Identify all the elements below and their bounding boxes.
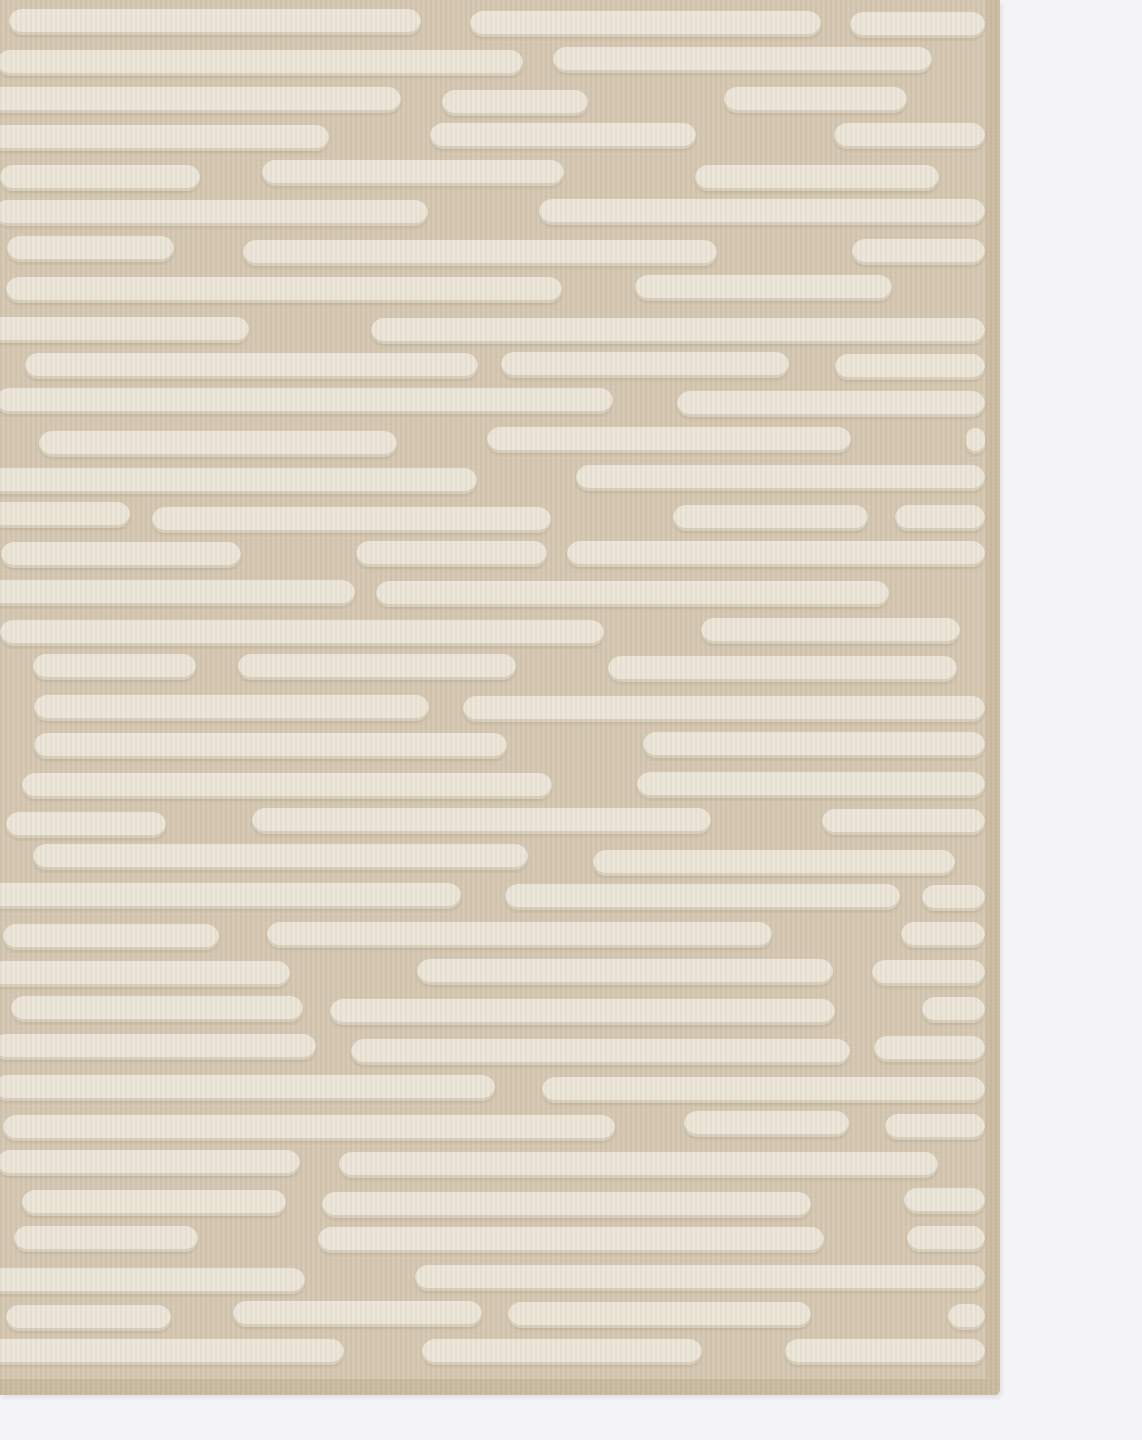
pile-stripe bbox=[318, 1227, 824, 1253]
pile-stripe bbox=[874, 1036, 985, 1062]
pile-stripe bbox=[505, 884, 899, 910]
pile-stripe bbox=[0, 50, 523, 76]
pile-stripe bbox=[608, 656, 957, 682]
pile-stripe bbox=[0, 317, 249, 343]
pile-stripe bbox=[14, 1226, 198, 1252]
pile-stripe bbox=[442, 90, 588, 116]
pile-stripe bbox=[673, 505, 869, 531]
pile-stripe bbox=[922, 885, 985, 911]
pile-stripe bbox=[22, 773, 551, 799]
rug-side-edge bbox=[986, 0, 1000, 1395]
pile-stripe bbox=[11, 996, 303, 1022]
pile-stripe bbox=[542, 1077, 985, 1103]
pile-stripe bbox=[330, 999, 836, 1025]
pile-stripe bbox=[25, 353, 478, 379]
pile-stripe bbox=[233, 1301, 482, 1327]
pile-stripe bbox=[553, 47, 932, 73]
pile-stripe bbox=[7, 236, 174, 262]
pile-stripe bbox=[822, 809, 985, 835]
pile-stripe bbox=[0, 165, 200, 191]
pile-stripe bbox=[576, 465, 985, 491]
pile-stripe bbox=[695, 165, 939, 191]
pile-stripe bbox=[901, 922, 985, 948]
rug-bottom-edge bbox=[0, 1379, 1000, 1395]
pile-stripe bbox=[539, 199, 985, 225]
pile-stripe bbox=[835, 354, 985, 380]
pile-stripe bbox=[39, 431, 396, 457]
pile-stripe bbox=[0, 502, 130, 528]
pile-stripe bbox=[948, 1304, 985, 1330]
pile-stripe bbox=[0, 1150, 300, 1176]
pile-stripe bbox=[904, 1188, 985, 1214]
pile-stripe bbox=[252, 808, 711, 834]
pile-stripe bbox=[463, 696, 985, 722]
pile-stripe bbox=[872, 960, 985, 986]
rug-photo bbox=[0, 0, 1000, 1395]
pile-stripe bbox=[643, 732, 985, 758]
pile-stripe bbox=[243, 240, 717, 266]
pile-stripe bbox=[0, 883, 461, 909]
pile-stripe bbox=[0, 87, 401, 113]
pile-stripe bbox=[0, 620, 604, 646]
pile-stripe bbox=[262, 160, 564, 186]
pile-stripe bbox=[0, 388, 613, 414]
pile-stripe bbox=[470, 11, 820, 37]
pile-stripe bbox=[508, 1302, 811, 1328]
pile-stripe bbox=[34, 695, 429, 721]
pile-stripe bbox=[684, 1111, 849, 1137]
pile-stripe bbox=[724, 87, 907, 113]
pile-stripe bbox=[322, 1192, 811, 1218]
pile-stripe bbox=[0, 580, 355, 606]
pile-stripe bbox=[415, 1265, 985, 1291]
pile-stripe bbox=[850, 12, 985, 38]
pile-stripe bbox=[351, 1039, 850, 1065]
pile-stripe bbox=[0, 1339, 344, 1365]
pile-stripe bbox=[501, 352, 789, 378]
pile-stripe bbox=[339, 1152, 938, 1178]
pile-stripe bbox=[966, 428, 985, 454]
pile-stripe bbox=[9, 9, 421, 35]
pile-stripe bbox=[6, 1305, 171, 1331]
pile-stripe bbox=[0, 1034, 316, 1060]
pile-stripe bbox=[907, 1226, 985, 1252]
pile-stripe bbox=[417, 959, 833, 985]
pile-stripe bbox=[22, 1190, 286, 1216]
pile-stripe bbox=[152, 507, 551, 533]
pile-stripe bbox=[3, 924, 219, 950]
pile-stripe bbox=[371, 318, 985, 344]
pile-stripe bbox=[33, 844, 528, 870]
pile-stripe bbox=[593, 850, 956, 876]
pile-stripe bbox=[6, 277, 562, 303]
pile-stripe bbox=[356, 541, 547, 567]
pile-stripe bbox=[635, 275, 892, 301]
pile-stripe bbox=[885, 1114, 985, 1140]
pile-stripe bbox=[785, 1339, 985, 1365]
pile-stripe bbox=[677, 391, 985, 417]
pile-stripe bbox=[0, 961, 290, 987]
pile-stripe bbox=[895, 505, 985, 531]
pile-stripe bbox=[267, 922, 772, 948]
pile-stripe bbox=[567, 541, 985, 567]
pile-stripe bbox=[1, 542, 241, 568]
pile-stripe bbox=[0, 1268, 305, 1294]
pile-stripe bbox=[33, 654, 196, 680]
pile-stripe bbox=[376, 581, 889, 607]
pile-stripe bbox=[34, 733, 507, 759]
pile-stripe bbox=[422, 1339, 703, 1365]
pile-stripe bbox=[637, 772, 985, 798]
pile-stripe bbox=[0, 1075, 495, 1101]
pile-stripe bbox=[834, 123, 985, 149]
pile-stripe bbox=[701, 618, 960, 644]
pile-stripe bbox=[3, 1115, 615, 1141]
pile-stripe bbox=[6, 812, 165, 838]
pile-stripe bbox=[852, 239, 985, 265]
pile-stripe bbox=[0, 468, 477, 494]
pile-stripe bbox=[487, 427, 851, 453]
pile-stripe bbox=[0, 125, 329, 151]
pile-stripe bbox=[238, 654, 516, 680]
pile-stripe bbox=[430, 123, 696, 149]
pile-stripe bbox=[922, 997, 985, 1023]
pile-stripe bbox=[0, 200, 428, 226]
